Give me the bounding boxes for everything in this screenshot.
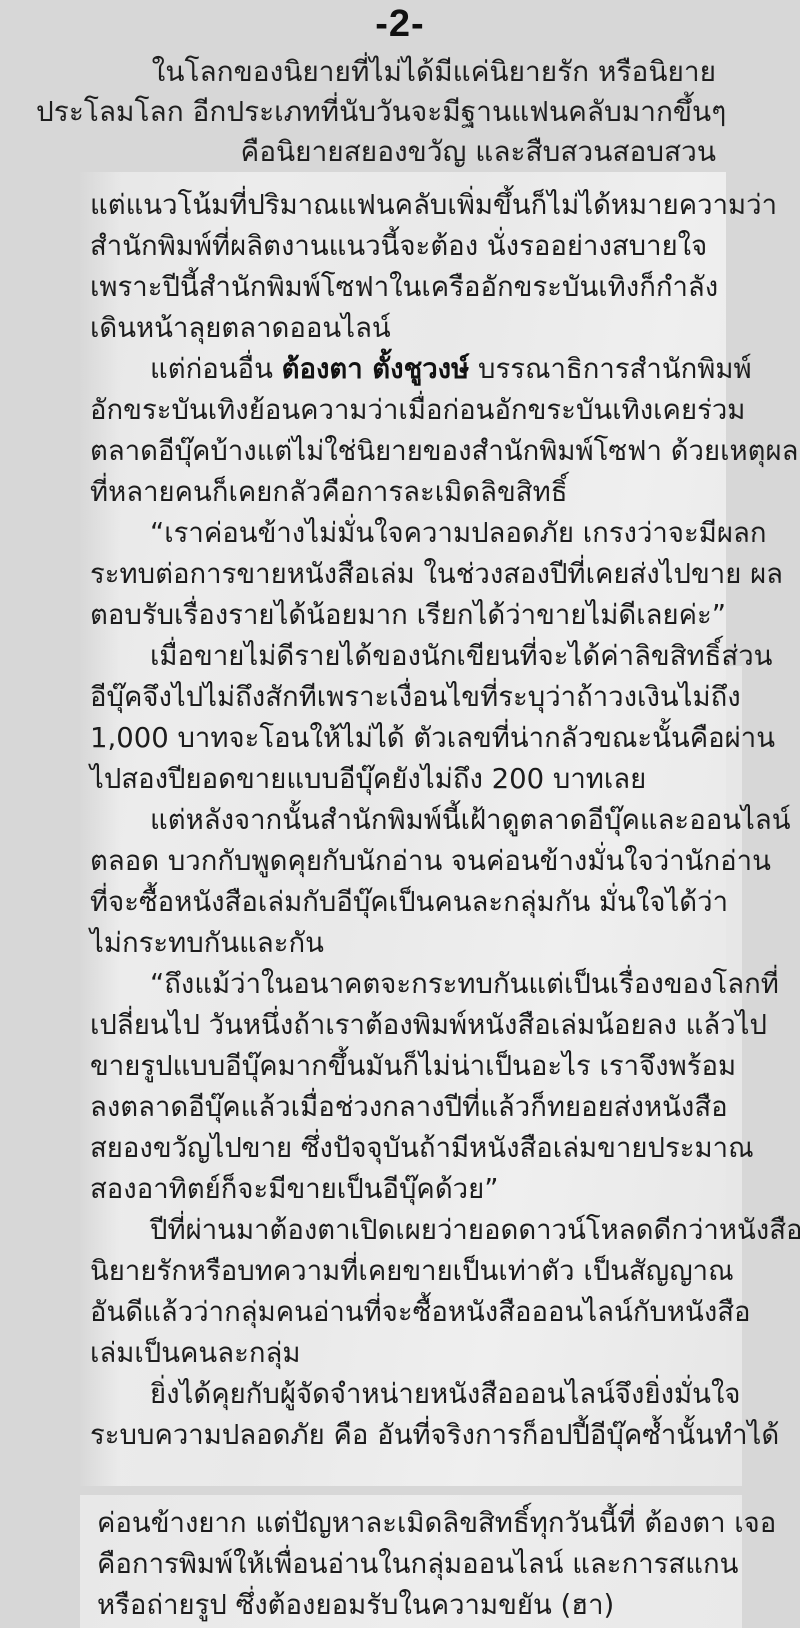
article-text: แต่ก่อนอื่น: [150, 353, 282, 385]
article-line: ตลอด บวกกับพูดคุยกับนักอ่าน จนค่อนข้างมั…: [90, 841, 740, 882]
article-line: เดินหน้าลุยตลาดออนไลน์: [90, 308, 740, 349]
quote-line: เปลี่ยนไป วันหนึ่งถ้าเราต้องพิมพ์หนังสือ…: [90, 1005, 740, 1046]
continuation-paragraph: ค่อนข้างยาก แต่ปัญหาละเมิดลิขสิทธิ์ทุกวั…: [97, 1503, 737, 1626]
article-text: บรรณาธิการสำนักพิมพ์: [469, 353, 751, 385]
continuation-line: ค่อนข้างยาก แต่ปัญหาละเมิดลิขสิทธิ์ทุกวั…: [97, 1503, 737, 1544]
quote-line: ตอบรับเรื่องรายได้น้อยมาก เรียกได้ว่าขาย…: [90, 595, 740, 636]
article-line-with-name: แต่ก่อนอื่น ต้องตา ตั้งชูวงษ์ บรรณาธิการ…: [90, 349, 740, 390]
article-line: เมื่อขายไม่ดีรายได้ของนักเขียนที่จะได้ค่…: [90, 636, 740, 677]
quote-line: สยองขวัญไปขาย ซึ่งปัจจุบันถ้ามีหนังสือเล…: [90, 1128, 740, 1169]
continuation-line: คือการพิมพ์ให้เพื่อนอ่านในกลุ่มออนไลน์ แ…: [97, 1544, 737, 1585]
article-body: แต่แนวโน้มที่ปริมาณแฟนคลับเพิ่มขึ้นก็ไม่…: [90, 185, 740, 1456]
article-line: 1,000 บาทจะโอนให้ไม่ได้ ตัวเลขที่น่ากลัว…: [90, 718, 740, 759]
quote-line: ลงตลาดอีบุ๊คแล้วเมื่อช่วงกลางปีที่แล้วก็…: [90, 1087, 740, 1128]
page-number: -2-: [0, 2, 800, 46]
continuation-line: หรือถ่ายรูป ซึ่งต้องยอมรับในความขยัน (ฮา…: [97, 1585, 737, 1626]
article-line: ตลาดอีบุ๊คบ้างแต่ไม่ใช่นิยายของสำนักพิมพ…: [90, 431, 740, 472]
article-line: ปีที่ผ่านมาต้องตาเปิดเผยว่ายอดดาวน์โหลดด…: [90, 1210, 740, 1251]
intro-line: ประโลมโลก อีกประเภทที่นับวันจะมีฐานแฟนคล…: [36, 92, 716, 132]
intro-paragraph: ในโลกของนิยายที่ไม่ได้มีแค่นิยายรัก หรือ…: [36, 52, 716, 172]
quote-line: “ถึงแม้ว่าในอนาคตจะกระทบกันแต่เป็นเรื่อง…: [90, 964, 740, 1005]
article-line: อันดีแล้วว่ากลุ่มคนอ่านที่จะซื้อหนังสืออ…: [90, 1292, 740, 1333]
article-line: อักขระบันเทิงย้อนความว่าเมื่อก่อนอักขระบ…: [90, 390, 740, 431]
article-line: ที่จะซื้อหนังสือเล่มกับอีบุ๊คเป็นคนละกลุ…: [90, 882, 740, 923]
editor-name: ต้องตา ตั้งชูวงษ์: [282, 353, 470, 385]
article-line: ยิ่งได้คุยกับผู้จัดจำหน่ายหนังสือออนไลน์…: [90, 1374, 740, 1415]
quote-line: “เราค่อนข้างไม่มั่นใจความปลอดภัย เกรงว่า…: [90, 513, 740, 554]
article-line: แต่แนวโน้มที่ปริมาณแฟนคลับเพิ่มขึ้นก็ไม่…: [90, 185, 740, 226]
article-line: ไม่กระทบกันและกัน: [90, 923, 740, 964]
article-line: ระบบความปลอดภัย คือ อันที่จริงการก็อปปี้…: [90, 1415, 740, 1456]
article-line: เพราะปีนี้สำนักพิมพ์โซฟาในเครืออักขระบัน…: [90, 267, 740, 308]
article-line: สำนักพิมพ์ที่ผลิตงานแนวนี้จะต้อง นั่งรออ…: [90, 226, 740, 267]
article-line: อีบุ๊คจึงไปไม่ถึงสักทีเพราะเงื่อนไขที่ระ…: [90, 677, 740, 718]
article-line: เล่มเป็นคนละกลุ่ม: [90, 1333, 740, 1374]
quote-line: ขายรูปแบบอีบุ๊คมากขึ้นมันก็ไม่น่าเป็นอะไ…: [90, 1046, 740, 1087]
article-line: ที่หลายคนก็เคยกลัวคือการละเมิดลิขสิทธิ์: [90, 472, 740, 513]
quote-line: สองอาทิตย์ก็จะมีขายเป็นอีบุ๊คด้วย”: [90, 1169, 740, 1210]
intro-line: ในโลกของนิยายที่ไม่ได้มีแค่นิยายรัก หรือ…: [36, 52, 716, 92]
article-line: ไปสองปียอดขายแบบอีบุ๊คยังไม่ถึง 200 บาทเ…: [90, 759, 740, 800]
intro-line: คือนิยายสยองขวัญ และสืบสวนสอบสวน: [36, 132, 716, 172]
article-line: นิยายรักหรือบทความที่เคยขายเป็นเท่าตัว เ…: [90, 1251, 740, 1292]
quote-line: ระทบต่อการขายหนังสือเล่ม ในช่วงสองปีที่เ…: [90, 554, 740, 595]
article-line: แต่หลังจากนั้นสำนักพิมพ์นี้เฝ้าดูตลาดอีบ…: [90, 800, 740, 841]
